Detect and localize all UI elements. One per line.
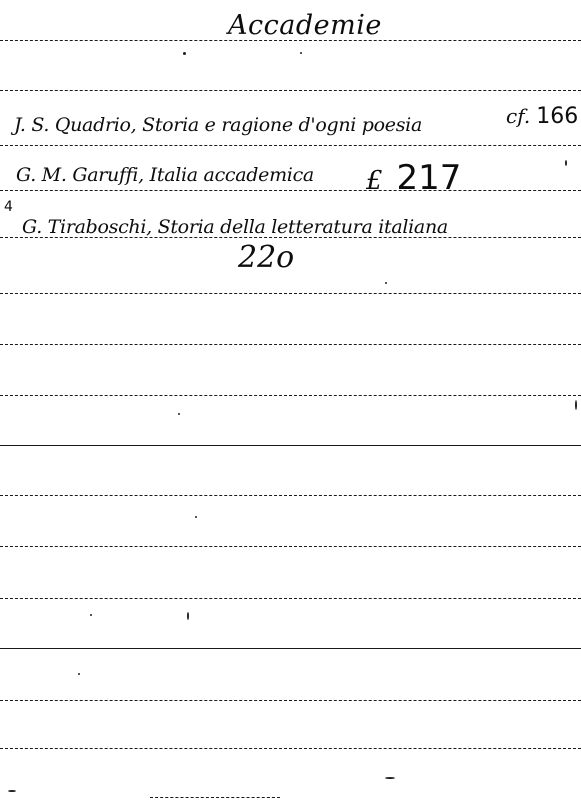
scan-speck [575,400,577,410]
ruled-line [0,598,581,599]
ruled-line [0,748,581,749]
ruled-line [0,648,581,649]
ruled-line [0,190,581,191]
scan-speck [187,612,189,620]
reference-number: 166 [536,104,578,129]
scan-speck [195,516,197,518]
scan-speck [78,673,80,675]
scan-speck [300,52,302,54]
ruled-line [0,546,581,547]
entry-tiraboschi-reference: 22o [238,240,294,275]
scan-speck [90,614,92,616]
ruled-line [0,495,581,496]
margin-mark: 4 [4,199,13,215]
ruled-line [150,797,280,798]
cf-abbreviation: cf. [506,104,530,128]
ruled-line [0,445,581,446]
entry-quadrio: J. S. Quadrio, Storia e ragione d'ogni p… [14,114,422,136]
ruled-line [0,293,581,294]
entry-quadrio-reference: cf.166 [506,104,578,129]
entry-tiraboschi: G. Tiraboschi, Storia della letteratura … [22,216,448,238]
entry-garuffi-reference: £217 [366,158,461,198]
ruled-line [0,90,581,91]
scan-speck [183,52,186,55]
scan-speck [385,282,387,284]
scan-speck [178,413,180,415]
reference-number: 217 [397,158,462,198]
pound-sign: £ [366,166,383,196]
scan-speck [8,790,16,792]
card-title: Accademie [228,10,382,41]
ruled-line [0,145,581,146]
entry-garuffi: G. M. Garuffi, Italia accademica [16,164,314,186]
ruled-line [0,700,581,701]
scan-speck [385,777,395,779]
index-card: Accademie J. S. Quadrio, Storia e ragion… [0,0,581,800]
scan-speck [565,160,567,166]
ruled-line [0,344,581,345]
ruled-line [0,395,581,396]
